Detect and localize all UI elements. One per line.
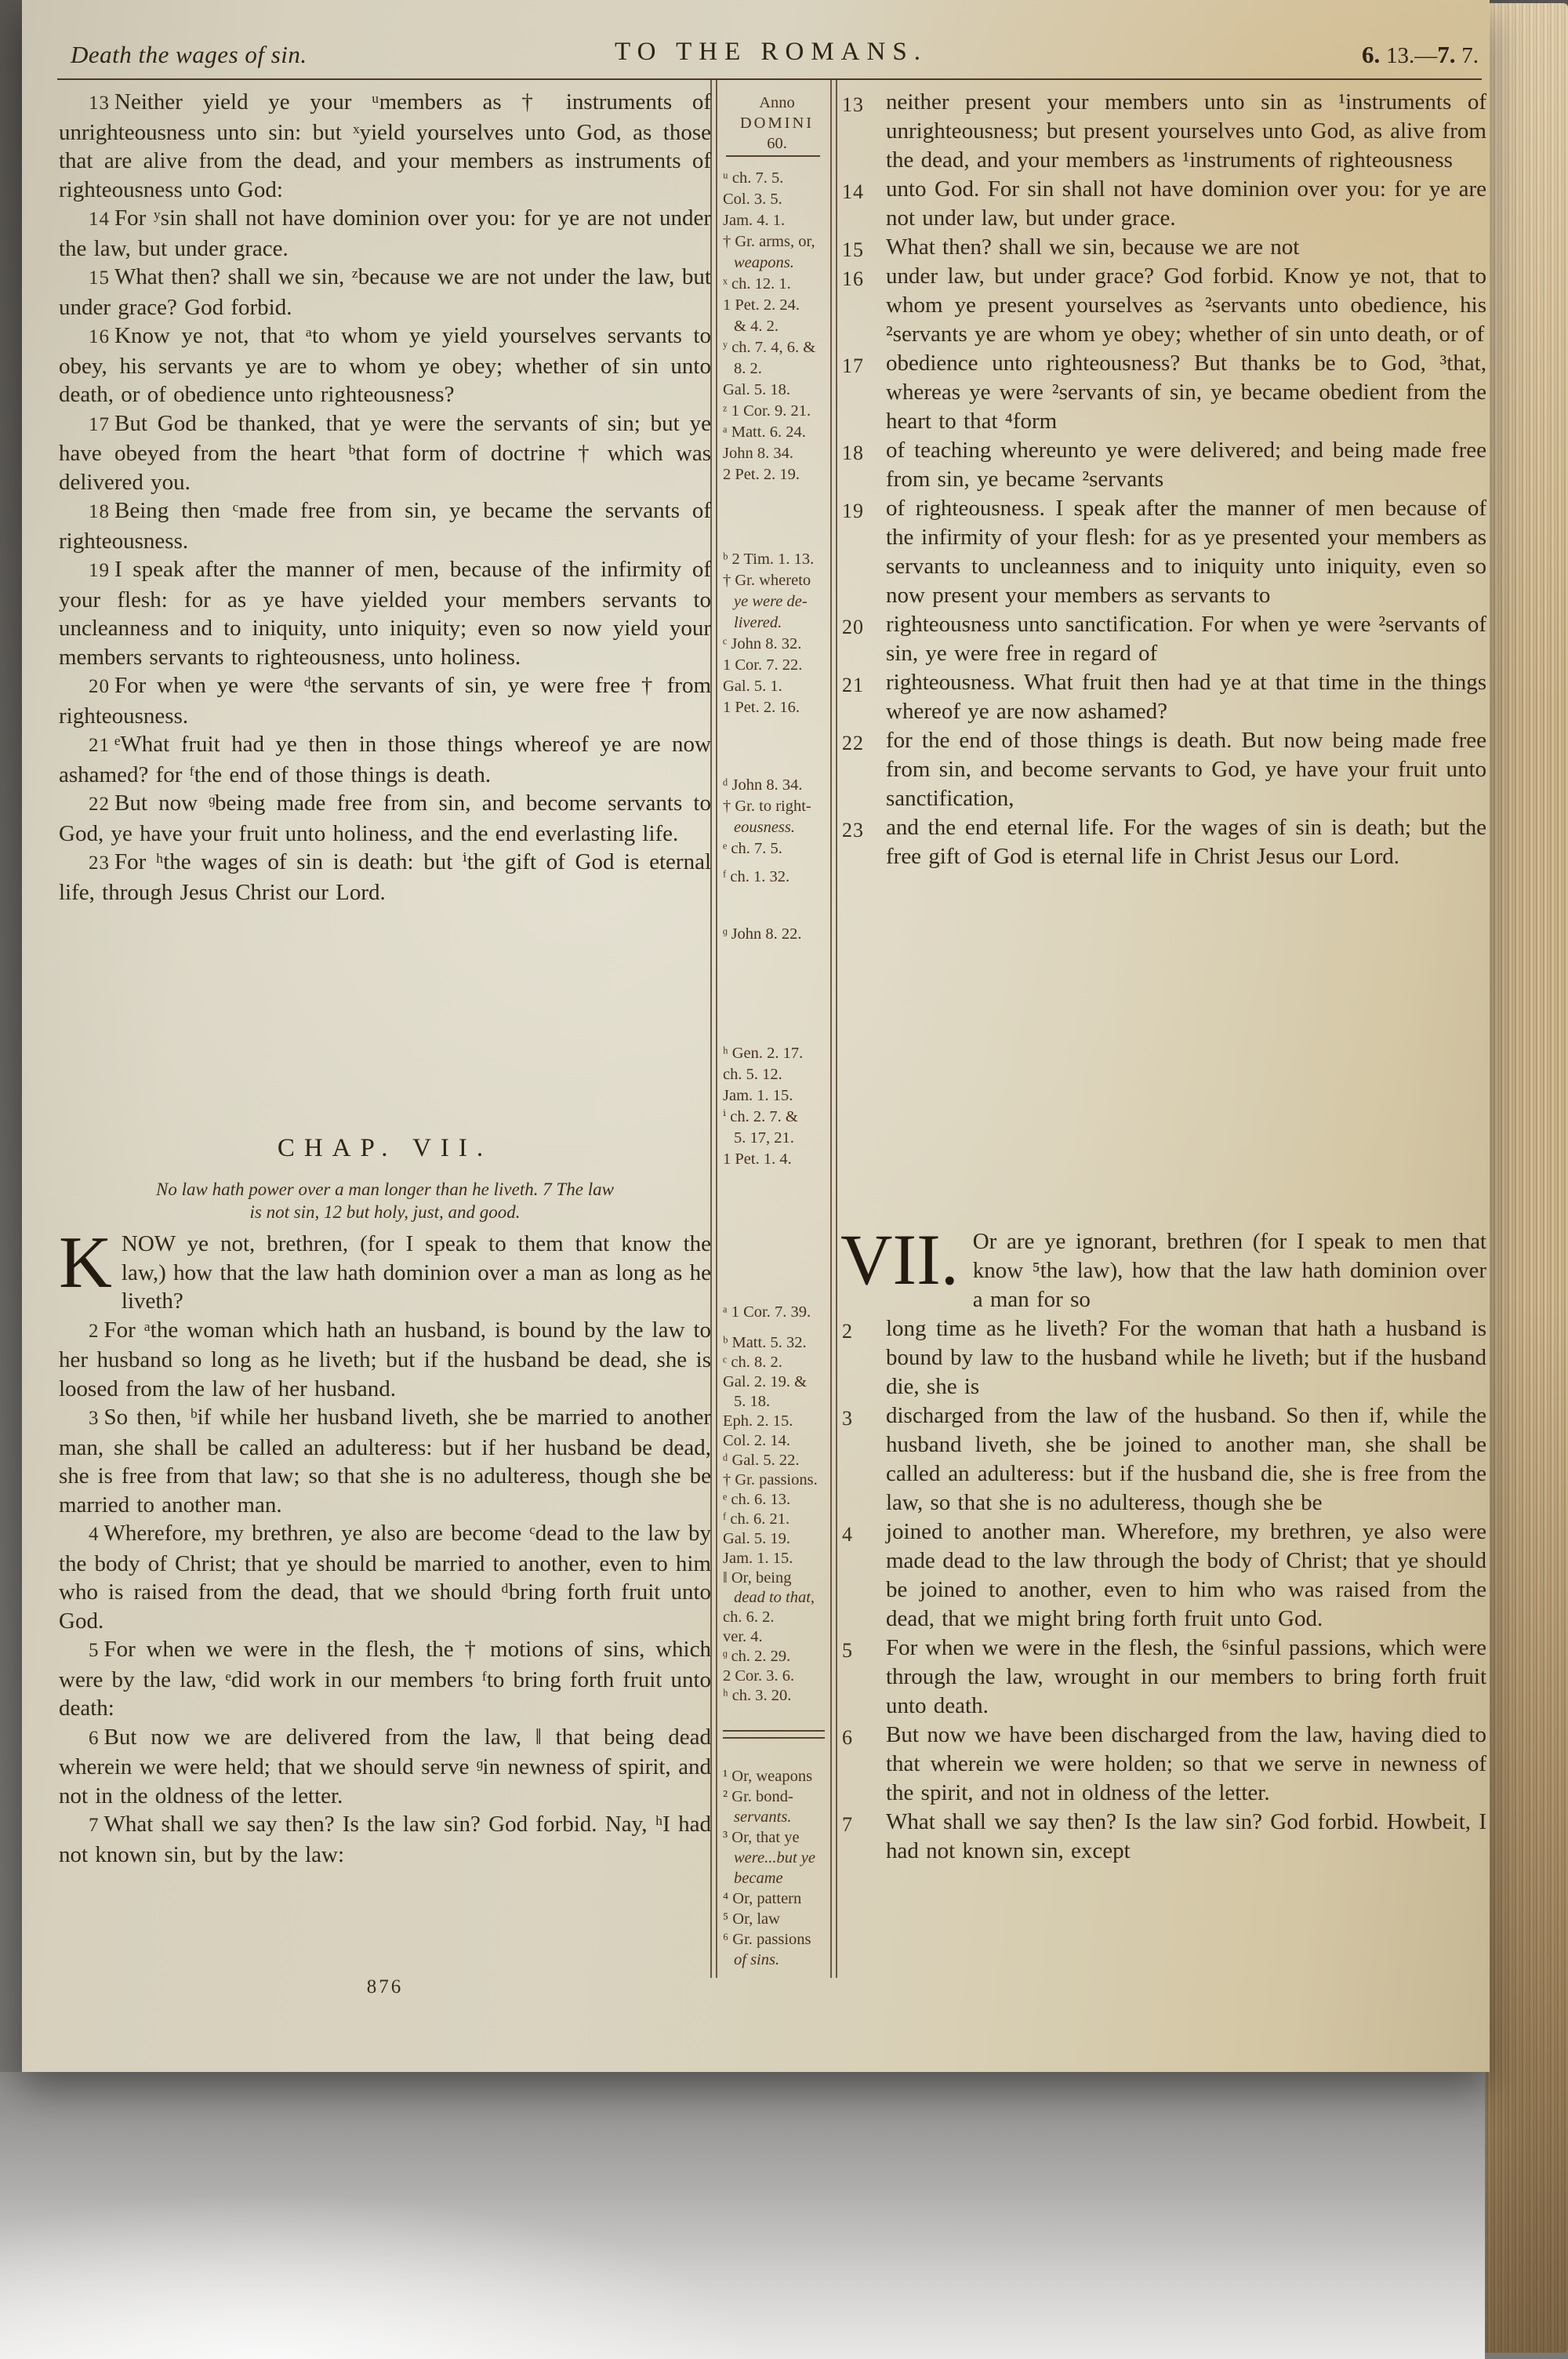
verse-range-part: 7.	[1461, 43, 1479, 68]
margin-note-line: ᶠ ch. 6. 21.	[723, 1510, 831, 1529]
rv-verse: 7What shall we say then? Is the law sin?…	[840, 1808, 1486, 1866]
margin-note-line: ⁱ ch. 2. 7. &	[723, 1107, 831, 1128]
rv-verse: VII.Or are ye ignorant, brethren (for I …	[840, 1227, 1486, 1314]
verse-number: 18	[842, 438, 869, 467]
verse-number: 13	[89, 93, 114, 114]
desk-surface	[0, 2072, 1485, 2359]
verse-number: 16	[89, 326, 114, 347]
margin-note-line: ye were de-	[723, 591, 831, 612]
verse-number: 23	[842, 816, 869, 845]
kjv-verse: 18Being then ᶜmade free from sin, ye bec…	[59, 496, 711, 555]
anno-domini-block: AnnoDOMINI60.	[723, 93, 831, 154]
margin-note-line: 5. 17, 21.	[723, 1128, 831, 1149]
kjv-column-ch6: 13Neither yield ye your ᵘmembers as † in…	[59, 88, 711, 907]
verse-number: 22	[89, 794, 114, 815]
margin-note-line: 60.	[723, 133, 831, 154]
margin-note-line: ᶢ ch. 2. 29.	[723, 1647, 831, 1667]
margin-note-line: 8. 2.	[723, 358, 831, 380]
kjv-verse: 5For when we were in the flesh, the † mo…	[59, 1635, 711, 1723]
margin-note-line: 5. 18.	[723, 1392, 831, 1412]
margin-note-line: ᶠ ch. 1. 32.	[723, 867, 831, 888]
kjv-verse: 2For ᵃthe woman which hath an husband, i…	[59, 1316, 711, 1404]
verse-number: 7	[842, 1810, 858, 1839]
margin-double-rule	[723, 1730, 825, 1739]
margin-note-line: ⁴ Or, pattern	[723, 1888, 831, 1909]
rv-verse: 2long time as he liveth? For the woman t…	[840, 1314, 1486, 1401]
margin-note-line: 2 Cor. 3. 6.	[723, 1667, 831, 1686]
header-rule	[57, 78, 1482, 80]
margin-note-line: ᶜ John 8. 32.	[723, 634, 831, 655]
margin-note-block: ᵘ ch. 7. 5.Col. 3. 5.Jam. 4. 1.† Gr. arm…	[723, 168, 831, 485]
margin-note-line: became	[723, 1868, 831, 1888]
rv-column-ch7: VII.Or are ye ignorant, brethren (for I …	[840, 1227, 1486, 1866]
margin-note-line: ʰ ch. 3. 20.	[723, 1686, 831, 1706]
margin-note-line: Gal. 5. 18.	[723, 380, 831, 401]
margin-note-line: were...but ye	[723, 1848, 831, 1868]
margin-note-line: ᵘ ch. 7. 5.	[723, 168, 831, 189]
margin-note-line: † Gr. whereto	[723, 570, 831, 591]
kjv-verse: 16Know ye not, that ᵃto whom ye yield yo…	[59, 322, 711, 409]
verse-number: 19	[842, 496, 869, 525]
verse-number: 21	[89, 735, 114, 756]
margin-note-line: Jam. 1. 15.	[723, 1085, 831, 1107]
verse-number: 5	[842, 1636, 858, 1665]
verse-number: 22	[842, 729, 869, 758]
margin-note-line: ³ Or, that ye	[723, 1827, 831, 1848]
margin-note-line: ch. 6. 2.	[723, 1608, 831, 1627]
book-fore-edge	[1485, 3, 1568, 2353]
kjv-verse: 6But now we are delivered from the law, …	[59, 1723, 711, 1811]
kjv-verse: 4Wherefore, my brethren, ye also are bec…	[59, 1519, 711, 1635]
verse-number: 5	[89, 1640, 104, 1661]
rv-verse: 18of teaching whereunto ye were delivere…	[840, 436, 1486, 494]
margin-note-block: ʰ Gen. 2. 17.ch. 5. 12.Jam. 1. 15.ⁱ ch. …	[723, 1043, 831, 1170]
margin-note-line: ᶢ John 8. 22.	[723, 924, 831, 945]
verse-number: 20	[89, 676, 114, 697]
verse-number: 2	[89, 1321, 104, 1342]
rv-column-ch6: 13neither present your members unto sin …	[840, 88, 1486, 871]
margin-note-line: eousness.	[723, 817, 831, 838]
margin-note-line: ᵉ ch. 6. 13.	[723, 1490, 831, 1510]
verse-number: 4	[89, 1524, 104, 1545]
margin-note-line: Gal. 5. 19.	[723, 1529, 831, 1549]
margin-note-block: ¹ Or, weapons² Gr. bond-servants.³ Or, t…	[723, 1766, 831, 1970]
margin-note-line: 2 Pet. 2. 19.	[723, 464, 831, 485]
rv-verse: 17obedience unto righteousness? But than…	[840, 349, 1486, 436]
verse-number: 15	[89, 267, 114, 289]
margin-note-line: ᵃ Matt. 6. 24.	[723, 422, 831, 443]
chapter-argument-line: No law hath power over a man longer than…	[59, 1178, 711, 1201]
rv-verse: 20righteousness unto sanctification. For…	[840, 610, 1486, 668]
verse-number: 6	[89, 1728, 104, 1749]
verse-number: 23	[89, 852, 114, 874]
chapter-argument-line: is not sin, 12 but holy, just, and good.	[59, 1201, 711, 1223]
margin-note-line: ch. 5. 12.	[723, 1064, 831, 1085]
kjv-verse: 17But God be thanked, that ye were the s…	[59, 409, 711, 497]
rv-verse: 14unto God. For sin shall not have domin…	[840, 175, 1486, 233]
kjv-verse: 21ᵉWhat fruit had ye then in those thing…	[59, 730, 711, 789]
margin-note-line: 1 Pet. 2. 24.	[723, 295, 831, 316]
kjv-verse: 15What then? shall we sin, ᶻbecause we a…	[59, 263, 711, 322]
margin-note-line: ᵇ Matt. 5. 32.	[723, 1333, 831, 1353]
margin-note-block: ᶠ ch. 1. 32.	[723, 867, 831, 888]
margin-note-line: Jam. 4. 1.	[723, 210, 831, 231]
margin-note-line: ˣ ch. 12. 1.	[723, 274, 831, 295]
margin-note-line: ᶻ 1 Cor. 9. 21.	[723, 401, 831, 422]
kjv-verse: 20For when ye were ᵈthe servants of sin,…	[59, 671, 711, 730]
margin-note-block: ᵃ 1 Cor. 7. 39.	[723, 1302, 831, 1323]
margin-note-line: ⁶ Gr. passions	[723, 1929, 831, 1950]
kjv-verse: 22But now ᶢbeing made free from sin, and…	[59, 789, 711, 848]
margin-note-line: ¹ Or, weapons	[723, 1766, 831, 1787]
margin-note-line: ᵉ ch. 7. 5.	[723, 838, 831, 860]
rv-verse: 13neither present your members unto sin …	[840, 88, 1486, 175]
margin-note-line: ² Gr. bond-	[723, 1787, 831, 1807]
chapter-numeral: VII.	[840, 1227, 973, 1290]
book-title: TO THE ROMANS.	[59, 38, 1483, 67]
verse-number: 4	[842, 1520, 858, 1549]
margin-rule	[726, 155, 820, 157]
margin-note-line: ‖ Or, being	[723, 1568, 831, 1588]
drop-cap: K	[59, 1230, 122, 1292]
kjv-verse: 13Neither yield ye your ᵘmembers as † in…	[59, 88, 711, 204]
margin-note-line: Jam. 1. 15.	[723, 1549, 831, 1568]
margin-note-block: ᶢ John 8. 22.	[723, 924, 831, 945]
margin-note-line: Col. 2. 14.	[723, 1431, 831, 1451]
verse-range-part: 6.	[1362, 41, 1386, 68]
kjv-verse: 7What shall we say then? Is the law sin?…	[59, 1810, 711, 1869]
verse-number: 3	[842, 1404, 858, 1433]
kjv-verse: 23For ʰthe wages of sin is death: but ⁱt…	[59, 848, 711, 907]
margin-note-line: ᵈ John 8. 34.	[723, 775, 831, 796]
margin-note-block: ᵇ 2 Tim. 1. 13.† Gr. wheretoye were de-l…	[723, 549, 831, 718]
chapter-heading: CHAP. VII.	[59, 1134, 711, 1163]
margin-note-line: ᵇ 2 Tim. 1. 13.	[723, 549, 831, 570]
margin-note-line: ver. 4.	[723, 1627, 831, 1647]
margin-note-line: 1 Pet. 1. 4.	[723, 1149, 831, 1170]
verse-number: 19	[89, 560, 114, 581]
verse-number: 7	[89, 1815, 104, 1836]
scanned-book-page: Death the wages of sin. TO THE ROMANS. 6…	[22, 0, 1490, 2072]
verse-number: 6	[842, 1723, 858, 1752]
rv-verse: 4joined to another man. Wherefore, my br…	[840, 1518, 1486, 1634]
rv-verse: 19of righteousness. I speak after the ma…	[840, 494, 1486, 610]
verse-number: 15	[842, 235, 869, 264]
kjv-verse: 3So then, ᵇif while her husband liveth, …	[59, 1403, 711, 1519]
kjv-verse: 14For ʸsin shall not have dominion over …	[59, 204, 711, 263]
margin-note-line: Gal. 5. 1.	[723, 676, 831, 697]
margin-note-line: Gal. 2. 19. &	[723, 1372, 831, 1392]
margin-note-line: servants.	[723, 1807, 831, 1827]
verse-number: 16	[842, 264, 869, 293]
verse-range: 6. 13.—7. 7.	[1362, 41, 1479, 69]
margin-note-line: 1 Pet. 2. 16.	[723, 697, 831, 718]
page-number: 876	[59, 1976, 711, 1998]
chapter-argument: No law hath power over a man longer than…	[59, 1178, 711, 1223]
verse-number: 3	[89, 1408, 104, 1429]
kjv-verse: 19I speak after the manner of men, becau…	[59, 555, 711, 671]
margin-note-line: 1 Cor. 7. 22.	[723, 655, 831, 676]
rv-verse: 22for the end of those things is death. …	[840, 726, 1486, 813]
rv-verse: 21righteousness. What fruit then had ye …	[840, 668, 1486, 726]
margin-note-line: ʸ ch. 7. 4, 6. &	[723, 337, 831, 358]
verse-number: 20	[842, 612, 869, 642]
margin-note-line: livered.	[723, 612, 831, 634]
verse-number: 17	[842, 351, 869, 380]
kjv-verse: KNOW ye not, brethren, (for I speak to t…	[59, 1230, 711, 1316]
margin-note-line: ᵈ Gal. 5. 22.	[723, 1451, 831, 1470]
verse-number: 18	[89, 501, 114, 522]
margin-note-line: of sins.	[723, 1950, 831, 1970]
rv-verse: 6But now we have been discharged from th…	[840, 1721, 1486, 1808]
margin-note-line: & 4. 2.	[723, 316, 831, 337]
margin-note-line: Col. 3. 5.	[723, 189, 831, 210]
margin-note-block: ᵈ John 8. 34.† Gr. to right-eousness.ᵉ c…	[723, 775, 831, 860]
verse-number: 21	[842, 671, 869, 700]
rv-verse: 3discharged from the law of the husband.…	[840, 1401, 1486, 1518]
margin-note-line: † Gr. to right-	[723, 796, 831, 817]
column-rule	[716, 80, 717, 1978]
margin-note-line: ⁵ Or, law	[723, 1909, 831, 1929]
margin-note-line: weapons.	[723, 253, 831, 274]
margin-note-line: † Gr. arms, or,	[723, 231, 831, 253]
margin-note-line: ᵃ 1 Cor. 7. 39.	[723, 1302, 831, 1323]
verse-number: 14	[89, 209, 114, 230]
rv-verse: 23and the end eternal life. For the wage…	[840, 813, 1486, 871]
margin-note-line: ᶜ ch. 8. 2.	[723, 1353, 831, 1372]
margin-note-block: ᵇ Matt. 5. 32.ᶜ ch. 8. 2.Gal. 2. 19. &5.…	[723, 1333, 831, 1706]
verse-number: 13	[842, 90, 869, 119]
margin-note-line: Eph. 2. 15.	[723, 1412, 831, 1431]
kjv-column-ch7: KNOW ye not, brethren, (for I speak to t…	[59, 1230, 711, 1869]
margin-note-line: John 8. 34.	[723, 443, 831, 464]
margin-note-line: dead to that,	[723, 1588, 831, 1608]
margin-note-line: † Gr. passions.	[723, 1470, 831, 1490]
rv-verse: 5For when we were in the flesh, the ⁶sin…	[840, 1634, 1486, 1721]
verse-number: 17	[89, 414, 114, 435]
rv-verse: 16under law, but under grace? God forbid…	[840, 262, 1486, 349]
verse-range-part: 13.—	[1386, 43, 1437, 68]
verse-range-part: 7.	[1437, 41, 1461, 68]
column-rule	[836, 80, 837, 1978]
verse-number: 14	[842, 177, 869, 206]
verse-number: 2	[842, 1317, 858, 1346]
rv-verse: 15What then? shall we sin, because we ar…	[840, 233, 1486, 262]
margin-note-line: DOMINI	[723, 113, 831, 133]
margin-note-line: Anno	[723, 93, 831, 113]
margin-note-line: ʰ Gen. 2. 17.	[723, 1043, 831, 1064]
